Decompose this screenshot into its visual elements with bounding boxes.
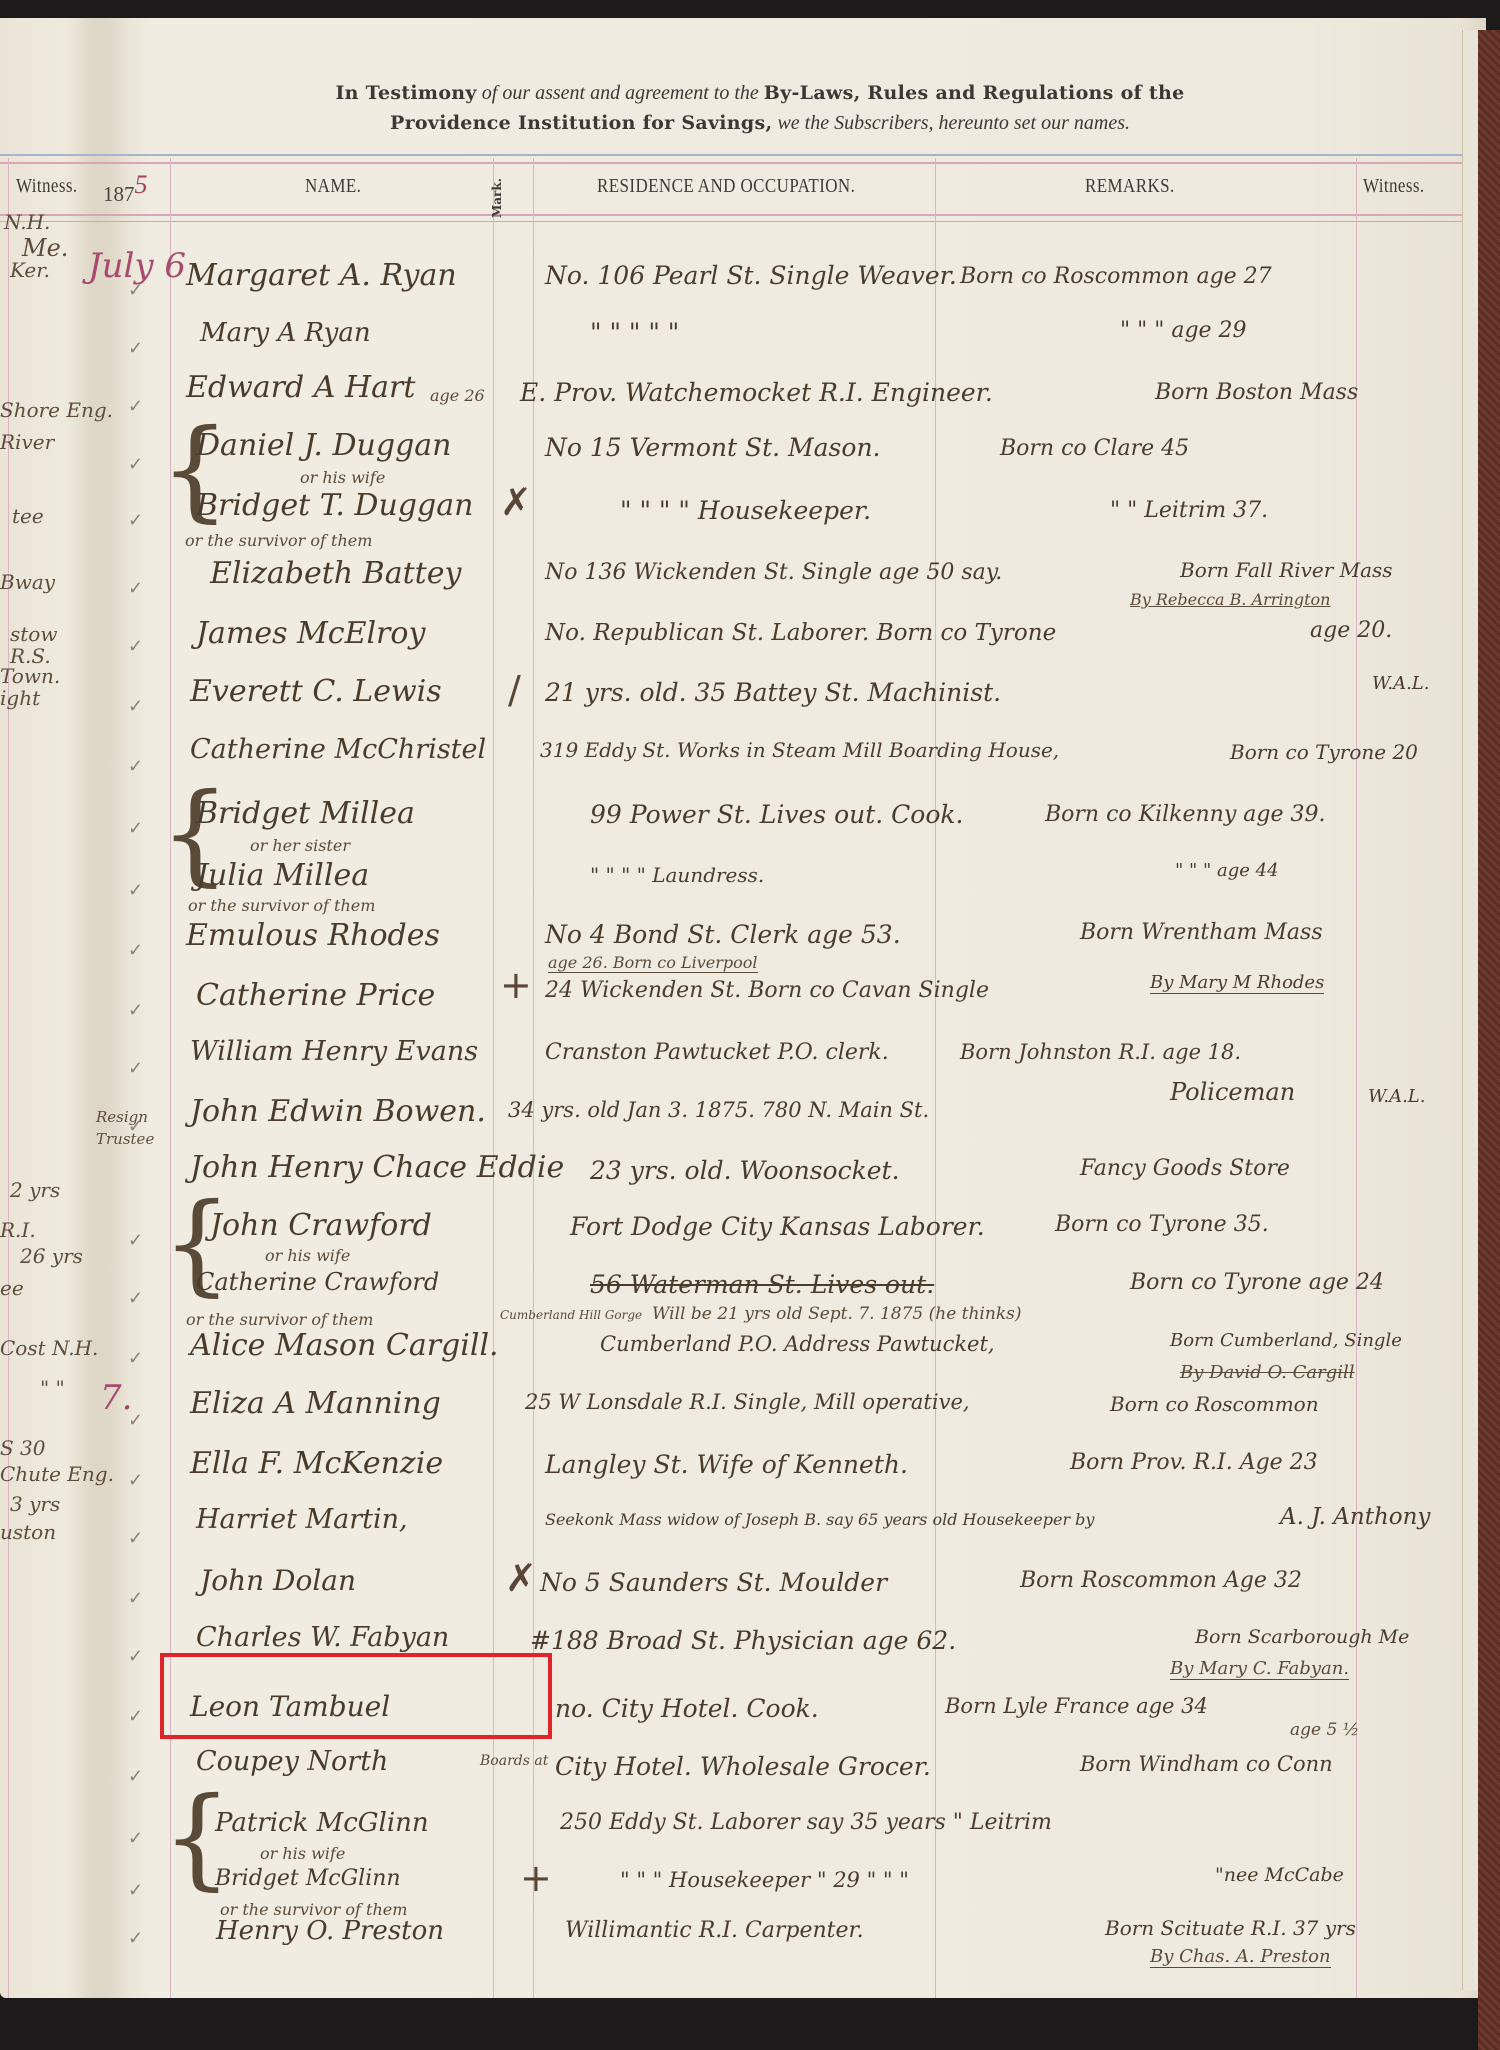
check-mark-icon: ✓	[128, 1880, 143, 1901]
preamble-blackletter-text: In Testimony	[335, 82, 476, 104]
entry-residence: E. Prov. Watchemocket R.I. Engineer.	[520, 378, 993, 407]
entry-residence: #188 Broad St. Physician age 62.	[530, 1626, 956, 1655]
entry-residence: 34 yrs. old Jan 3. 1875. 780 N. Main St.	[508, 1098, 929, 1122]
check-mark-icon: ✓	[128, 1288, 143, 1309]
margin-note: Town.	[0, 664, 60, 688]
preamble-bold-text: Providence Institution for Savings,	[390, 112, 772, 134]
margin-note: 2 yrs	[10, 1178, 60, 1202]
column-header-residence: RESIDENCE AND OCCUPATION.	[597, 175, 855, 198]
entry-name: John Dolan	[200, 1564, 356, 1597]
entry-remarks: Born Cumberland, Single	[1170, 1330, 1402, 1351]
entry-name: Bridget Millea	[196, 796, 415, 831]
entry-name: Elizabeth Battey	[210, 556, 461, 591]
entry-residence: Seekonk Mass widow of Joseph B. say 65 y…	[545, 1510, 1094, 1529]
entry-remarks: " " Leitrim 37.	[1110, 498, 1268, 523]
entry-name: Catherine Price	[196, 978, 435, 1013]
entry-residence: 250 Eddy St. Laborer say 35 years " Leit…	[560, 1810, 1052, 1835]
check-mark-icon: ✓	[128, 510, 143, 531]
entry-above-note: or the survivor of them	[186, 1310, 373, 1329]
entry-name: Patrick McGlinn	[215, 1808, 429, 1838]
preamble-line-1: In Testimony of our assent and agreement…	[160, 78, 1360, 108]
entry-residence-note: Will be 21 yrs old Sept. 7. 1875 (he thi…	[652, 1304, 1021, 1324]
entry-remarks: "nee McCabe	[1215, 1864, 1344, 1886]
entry-name: Ella F. McKenzie	[190, 1446, 443, 1481]
entry-residence: " " " " "	[590, 318, 679, 347]
check-mark-icon: ✓	[128, 578, 143, 599]
entry-residence: Fort Dodge City Kansas Laborer.	[570, 1212, 985, 1241]
entry-remarks: " " " age 29	[1120, 318, 1247, 343]
entry-name: Margaret A. Ryan	[186, 258, 457, 293]
entry-name: Bridget McGlinn	[215, 1866, 401, 1891]
check-mark-icon: ✓	[128, 1470, 143, 1491]
entry-remarks: Born Wrentham Mass	[1080, 920, 1323, 945]
margin-note: ee	[0, 1276, 24, 1300]
column-header-mark: Mark.	[490, 168, 514, 218]
margin-note: Cost N.H.	[0, 1336, 98, 1360]
entry-residence: Willimantic R.I. Carpenter.	[565, 1918, 864, 1943]
gutter-shadow	[70, 18, 130, 1998]
entry-name: Harriet Martin,	[196, 1504, 408, 1535]
entry-remarks: Born co Clare 45	[1000, 436, 1189, 461]
header-bottom-rule	[0, 214, 1462, 222]
check-mark-icon: ✓	[128, 636, 143, 657]
entry-remarks: Born co Tyrone age 24	[1130, 1270, 1384, 1295]
check-mark-icon: ✓	[128, 1766, 143, 1787]
check-mark-icon: ✓	[128, 940, 143, 961]
check-mark-icon: ✓	[128, 880, 143, 901]
preamble-italic-text: of our assent and agreement to the	[477, 82, 764, 104]
book-spine	[1478, 30, 1500, 2050]
margin-note: ight	[0, 686, 40, 710]
page-edge	[1462, 30, 1479, 1990]
entry-residence: 56 Waterman St. Lives out.	[590, 1270, 934, 1299]
margin-note: stow	[10, 622, 57, 646]
entry-name: William Henry Evans	[190, 1036, 478, 1067]
entry-residence: No 136 Wickenden St. Single age 50 say.	[545, 560, 1002, 585]
check-mark-icon: ✓	[128, 1588, 143, 1609]
entry-residence: 99 Power St. Lives out. Cook.	[590, 800, 964, 829]
check-mark-icon: ✓	[128, 696, 143, 717]
entry-residence: " " " Housekeeper " 29 " " "	[620, 1868, 909, 1892]
entry-above-note: or his wife	[265, 1246, 350, 1265]
check-mark-icon: ✓	[128, 338, 143, 359]
entry-name: Bridget T. Duggan	[196, 488, 473, 523]
check-mark-icon: ✓	[128, 1058, 143, 1079]
entry-residence: no. City Hotel. Cook.	[555, 1694, 819, 1723]
entry-residence: 21 yrs. old. 35 Battey St. Machinist.	[545, 678, 1001, 707]
entry-above-note: or the survivor of them	[188, 896, 375, 915]
mark-slash-icon: /	[508, 668, 521, 712]
mark-x-icon: ✗	[500, 480, 532, 524]
entry-name: Mary A Ryan	[200, 318, 371, 348]
entry-residence: No 5 Saunders St. Moulder	[540, 1568, 887, 1597]
entry-residence: No 15 Vermont St. Mason.	[545, 433, 881, 462]
entry-witness: W.A.L.	[1372, 673, 1429, 694]
mark-x-icon: ✗	[505, 1556, 537, 1600]
entry-remarks: Born co Roscommon	[1110, 1392, 1319, 1416]
column-header-remarks: REMARKS.	[1085, 175, 1175, 198]
mark-plus-icon: +	[500, 963, 532, 1007]
year-printed: 187	[103, 182, 135, 206]
check-mark-icon: ✓	[128, 1828, 143, 1849]
margin-note: Ker.	[10, 258, 50, 282]
entry-remarks: A. J. Anthony	[1280, 1504, 1430, 1530]
check-mark-icon: ✓	[128, 454, 143, 475]
entry-remarks-note: age 5 ½	[1290, 1720, 1359, 1740]
check-mark-icon: ✓	[128, 280, 143, 301]
entry-name: Daniel J. Duggan	[196, 428, 452, 463]
entry-remarks: Born co Kilkenny age 39.	[1045, 802, 1325, 827]
check-mark-icon: ✓	[128, 1348, 143, 1369]
entry-remarks: Born Prov. R.I. Age 23	[1070, 1450, 1318, 1475]
entry-above-note: or his wife	[300, 468, 385, 487]
entry-name: Emulous Rhodes	[186, 918, 440, 953]
entry-residence: 24 Wickenden St. Born co Cavan Single	[545, 978, 989, 1003]
entry-name: John Crawford	[210, 1208, 432, 1243]
entry-name: Everett C. Lewis	[190, 674, 442, 709]
preamble-bold-text: By-Laws, Rules and Regulations of the	[764, 82, 1185, 104]
entry-remarks: Born Windham co Conn	[1080, 1752, 1333, 1776]
entry-name: James McElroy	[196, 616, 425, 651]
entry-above-note: or his wife	[260, 1844, 345, 1863]
check-mark-icon: ✓	[128, 1230, 143, 1251]
margin-note: " "	[40, 1376, 65, 1400]
entry-residence: Cumberland P.O. Address Pawtucket,	[600, 1332, 995, 1356]
check-mark-icon: ✓	[128, 1528, 143, 1549]
margin-note: 26 yrs	[20, 1244, 83, 1268]
entry-remarks: Born Johnston R.I. age 18.	[960, 1040, 1241, 1064]
entry-name-note: Cumberland Hill Gorge	[500, 1308, 642, 1322]
entry-residence: Cranston Pawtucket P.O. clerk.	[545, 1040, 889, 1065]
entry-name: John Henry Chace Eddie	[190, 1150, 564, 1185]
entry-remarks: Born Lyle France age 34	[945, 1694, 1208, 1718]
entry-remarks: Born co Tyrone 35.	[1055, 1212, 1269, 1237]
entry-remarks: Born Scituate R.I. 37 yrs	[1105, 1916, 1356, 1940]
entry-name: Julia Millea	[196, 858, 369, 893]
margin-note-trustee: Resign Trustee	[96, 1106, 156, 1150]
check-mark-icon: ✓	[128, 1928, 143, 1949]
column-header-name: NAME.	[305, 175, 361, 198]
entry-name-note: Boards at	[480, 1753, 548, 1769]
entry-name: Henry O. Preston	[216, 1916, 444, 1946]
column-rule	[935, 158, 936, 1998]
check-mark-icon: ✓	[128, 1410, 143, 1431]
margin-note: tee	[12, 504, 44, 528]
entry-remarks: Born Fall River Mass	[1180, 558, 1393, 582]
entry-remarks: Born Boston Mass	[1155, 380, 1358, 405]
column-header-witness-right: Witness.	[1363, 175, 1425, 198]
entry-remarks: Policeman	[1170, 1078, 1295, 1106]
check-mark-icon: ✓	[128, 1646, 143, 1667]
entry-remarks: Born co Tyrone 20	[1230, 740, 1418, 764]
margin-note: uston	[0, 1520, 56, 1544]
preamble-italic-text: we the Subscribers, hereunto set our nam…	[772, 112, 1130, 134]
entry-remarks: Born Scarborough Me	[1195, 1626, 1409, 1648]
entry-residence: City Hotel. Wholesale Grocer.	[555, 1752, 931, 1781]
entry-remarks: Born co Roscommon age 27	[960, 264, 1272, 289]
margin-note: N.H.	[4, 210, 50, 234]
entry-name-note: age 26. Born co Liverpool	[548, 953, 758, 973]
entry-remarks-note: By Rebecca B. Arrington	[1130, 590, 1330, 609]
entry-witness: W.A.L.	[1368, 1086, 1425, 1107]
check-mark-icon: ✓	[128, 1706, 143, 1727]
entry-residence: No. 106 Pearl St. Single Weaver.	[545, 261, 957, 290]
entry-remarks-note: By David O. Cargill	[1180, 1362, 1355, 1383]
entry-name: Alice Mason Cargill.	[190, 1328, 499, 1363]
margin-note: R.I.	[0, 1218, 36, 1242]
highlight-box	[160, 1653, 552, 1739]
check-mark-icon: ✓	[128, 756, 143, 777]
entry-residence: No 4 Bond St. Clerk age 53.	[545, 920, 901, 949]
entry-remarks: " " " age 44	[1175, 860, 1279, 881]
entry-name-note: age 26	[430, 386, 485, 405]
margin-note: 3 yrs	[10, 1492, 60, 1516]
year-header: 1875	[103, 178, 148, 208]
header-top-rule	[0, 154, 1462, 164]
entry-above-note: or her sister	[250, 836, 350, 855]
entry-remarks-note: By Mary C. Fabyan.	[1170, 1658, 1349, 1680]
margin-note: Bway	[0, 570, 55, 594]
entry-residence: " " " " Laundress.	[590, 863, 764, 887]
entry-residence: " " " " Housekeeper.	[620, 496, 871, 525]
entry-remarks-note: By Chas. A. Preston	[1150, 1946, 1331, 1968]
margin-note: S 30	[0, 1436, 46, 1460]
entry-remarks: Fancy Goods Store	[1080, 1156, 1290, 1181]
preamble: In Testimony of our assent and agreement…	[160, 78, 1360, 138]
entry-remarks: By Mary M Rhodes	[1150, 972, 1324, 994]
mark-plus-icon: +	[520, 1856, 552, 1900]
entry-name: Edward A Hart	[186, 370, 415, 405]
entry-name: Eliza A Manning	[190, 1386, 441, 1421]
entry-residence: 25 W Lonsdale R.I. Single, Mill operativ…	[525, 1390, 970, 1414]
entry-remarks: Born Roscommon Age 32	[1020, 1568, 1302, 1593]
column-header-witness-left: Witness.	[16, 175, 78, 198]
margin-note: Chute Eng.	[0, 1462, 114, 1486]
year-handwritten: 5	[135, 170, 148, 199]
entry-residence: Langley St. Wife of Kenneth.	[545, 1450, 908, 1479]
check-mark-icon: ✓	[128, 1000, 143, 1021]
entry-name: Catherine Crawford	[196, 1268, 439, 1296]
margin-note: Shore Eng.	[0, 398, 113, 422]
check-mark-icon: ✓	[128, 396, 143, 417]
entry-name: Charles W. Fabyan	[196, 1622, 449, 1653]
preamble-line-2: Providence Institution for Savings, we t…	[160, 108, 1360, 138]
margin-note: River	[0, 430, 54, 454]
check-mark-icon: ✓	[128, 818, 143, 839]
entry-above-note: or the survivor of them	[185, 531, 372, 550]
entry-residence: 23 yrs. old. Woonsocket.	[590, 1156, 900, 1185]
entry-residence: No. Republican St. Laborer. Born co Tyro…	[545, 620, 1056, 646]
entry-remarks: age 20.	[1310, 618, 1392, 643]
entry-residence: 319 Eddy St. Works in Steam Mill Boardin…	[540, 738, 1059, 762]
entry-name: Catherine McChristel	[190, 734, 486, 765]
entry-name: John Edwin Bowen.	[190, 1094, 486, 1129]
